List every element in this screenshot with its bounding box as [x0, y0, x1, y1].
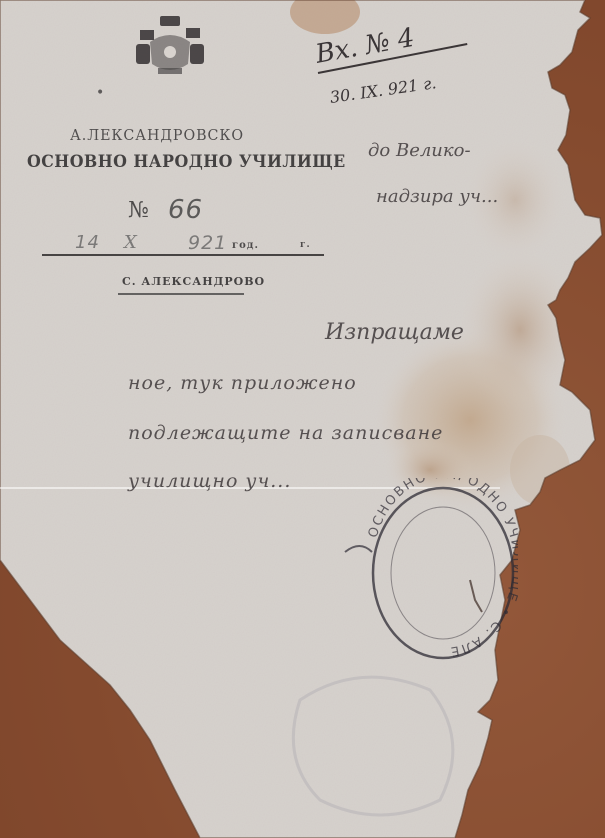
coat-of-arms-icon — [130, 14, 210, 84]
body-heading: Изпращаме — [325, 320, 464, 345]
round-seal-stamp: ОСНОВНО НАРОДНО УЧИЛИЩЕ • С. АЛЕКС — [368, 478, 518, 668]
village-underline — [118, 293, 244, 295]
school-name-line2: ОСНОВНО НАРОДНО УЧИЛИЩЕ — [27, 152, 346, 172]
village-name: С. АЛЕКСАНДРОВО — [122, 275, 265, 288]
body-line: подлежащите на записване — [128, 422, 443, 444]
school-name-line1: А.ЛЕКСАНДРОВСКО — [70, 126, 244, 144]
ink-speck: • — [96, 85, 105, 101]
address-line-2: надзира уч... — [376, 186, 498, 207]
body-line: училищно уч... — [128, 470, 291, 492]
date-year: 921 — [188, 232, 227, 254]
number-value: 66 — [168, 195, 203, 225]
date-suffix: год. — [232, 240, 259, 251]
date-day: 14 — [75, 232, 100, 253]
body-line: ное, тук приложено — [128, 372, 357, 394]
date-month: X — [124, 232, 138, 253]
number-label: № — [128, 198, 150, 223]
address-line-1: до Велико- — [368, 140, 471, 161]
date-end: г. — [300, 240, 311, 250]
svg-text:ОСНОВНО НАРОДНО УЧИЛИЩЕ • С. А: ОСНОВНО НАРОДНО УЧИЛИЩЕ • С. АЛЕКС — [368, 478, 518, 659]
date-underline — [42, 254, 324, 256]
